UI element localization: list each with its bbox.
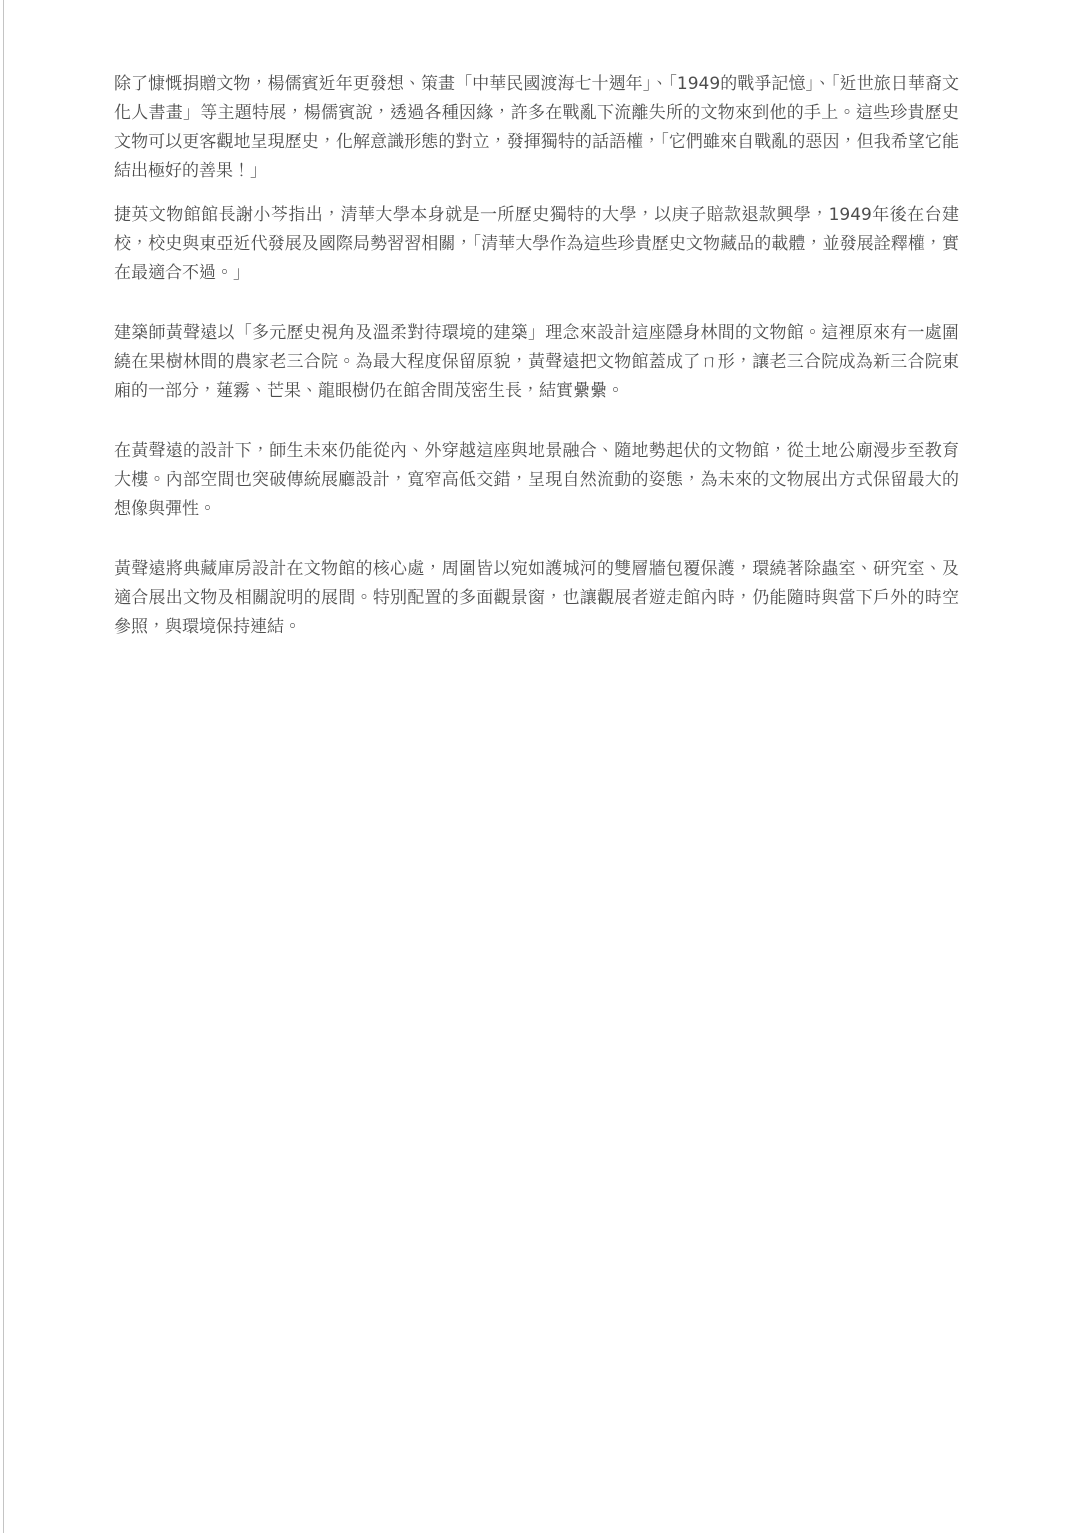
- article-body: 除了慷慨捐贈文物，楊儒賓近年更發想、策畫「中華民國渡海七十週年」、「1949的戰…: [0, 0, 959, 1533]
- blank-area: [114, 673, 959, 1533]
- article-paragraph-5: 黃聲遠將典藏庫房設計在文物館的核心處，周圍皆以宛如護城河的雙層牆包覆保護，環繞著…: [114, 555, 959, 642]
- article-paragraph-4: 在黃聲遠的設計下，師生未來仍能從內、外穿越這座與地景融合、隨地勢起伏的文物館，從…: [114, 437, 959, 524]
- article-paragraph-1: 除了慷慨捐贈文物，楊儒賓近年更發想、策畫「中華民國渡海七十週年」、「1949的戰…: [114, 70, 959, 186]
- page-left-border: [3, 0, 4, 1533]
- article-paragraph-2: 捷英文物館館長謝小芩指出，清華大學本身就是一所歷史獨特的大學，以庚子賠款退款興學…: [114, 201, 959, 288]
- article-paragraph-3: 建築師黃聲遠以「多元歷史視角及溫柔對待環境的建築」理念來設計這座隱身林間的文物館…: [114, 319, 959, 406]
